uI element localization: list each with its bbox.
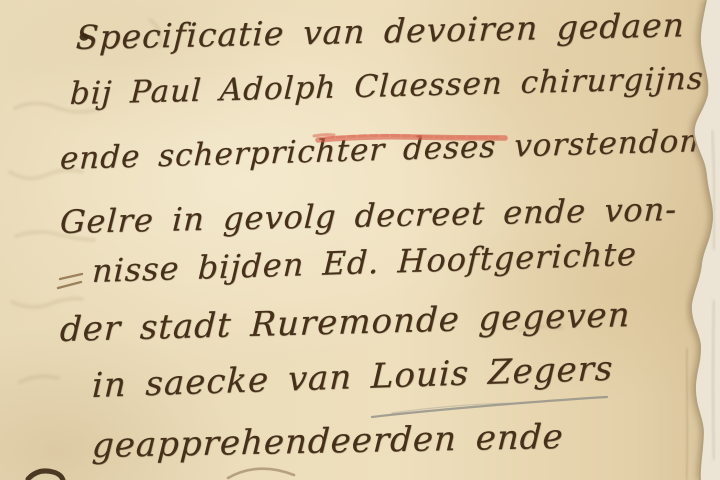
manuscript-photo: Specificatie van devoiren gedaen bij Pau… — [0, 0, 720, 480]
